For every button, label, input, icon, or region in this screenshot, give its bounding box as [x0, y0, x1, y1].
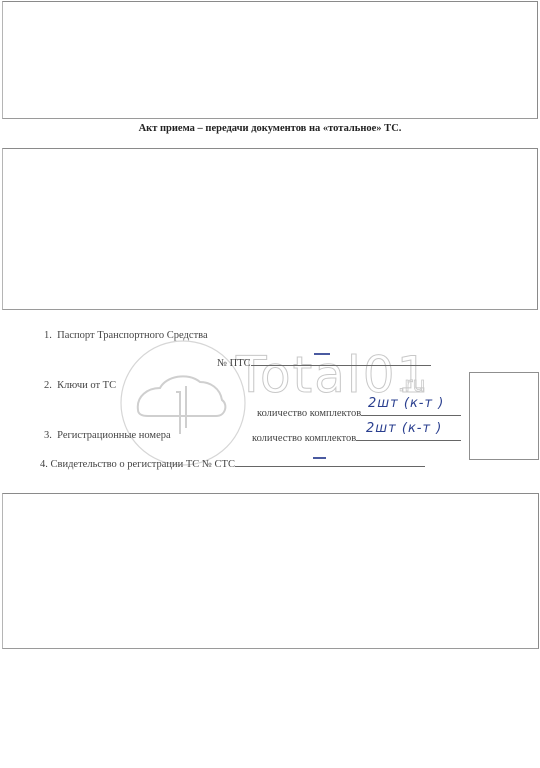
item-3-label: Регистрационные номера: [57, 430, 171, 441]
document-title: Акт приема – передачи документов на «тот…: [0, 123, 540, 134]
plates-qty-label: количество комплектов: [252, 433, 356, 444]
pts-input-line[interactable]: [251, 355, 431, 366]
item-1-label: Паспорт Транспортного Средства: [57, 330, 208, 341]
redacted-signatures-box: [2, 493, 539, 649]
item-4: 4. Свидетельство о регистрации ТС № СТС: [40, 456, 425, 470]
pts-field: № ПТС: [217, 355, 431, 369]
item-4-label: Свидетельство о регистрации ТС № СТС: [51, 459, 235, 470]
item-2: 2. Ключи от ТС: [44, 380, 116, 391]
item-3-number: 3.: [44, 430, 52, 441]
sts-value-dash: [313, 457, 326, 459]
redacted-header-box: [2, 1, 538, 119]
sts-input-line[interactable]: [235, 456, 425, 467]
item-4-number: 4.: [40, 459, 48, 470]
watermark-domain: .ru: [398, 372, 425, 396]
redacted-parties-box: [2, 148, 538, 310]
item-1: 1. Паспорт Транспортного Средства: [44, 330, 208, 341]
keys-qty-value: 2шт (к-т ): [368, 396, 444, 411]
item-1-number: 1.: [44, 330, 52, 341]
plates-qty-value: 2шт (к-т ): [366, 421, 442, 436]
pts-label: № ПТС: [217, 358, 251, 369]
pts-value-dash: [314, 353, 330, 355]
item-3: 3. Регистрационные номера: [44, 430, 171, 441]
photo-stamp-box: [469, 372, 539, 460]
keys-qty-label: количество комплектов: [257, 408, 361, 419]
item-2-number: 2.: [44, 380, 52, 391]
item-2-label: Ключи от ТС: [57, 380, 116, 391]
